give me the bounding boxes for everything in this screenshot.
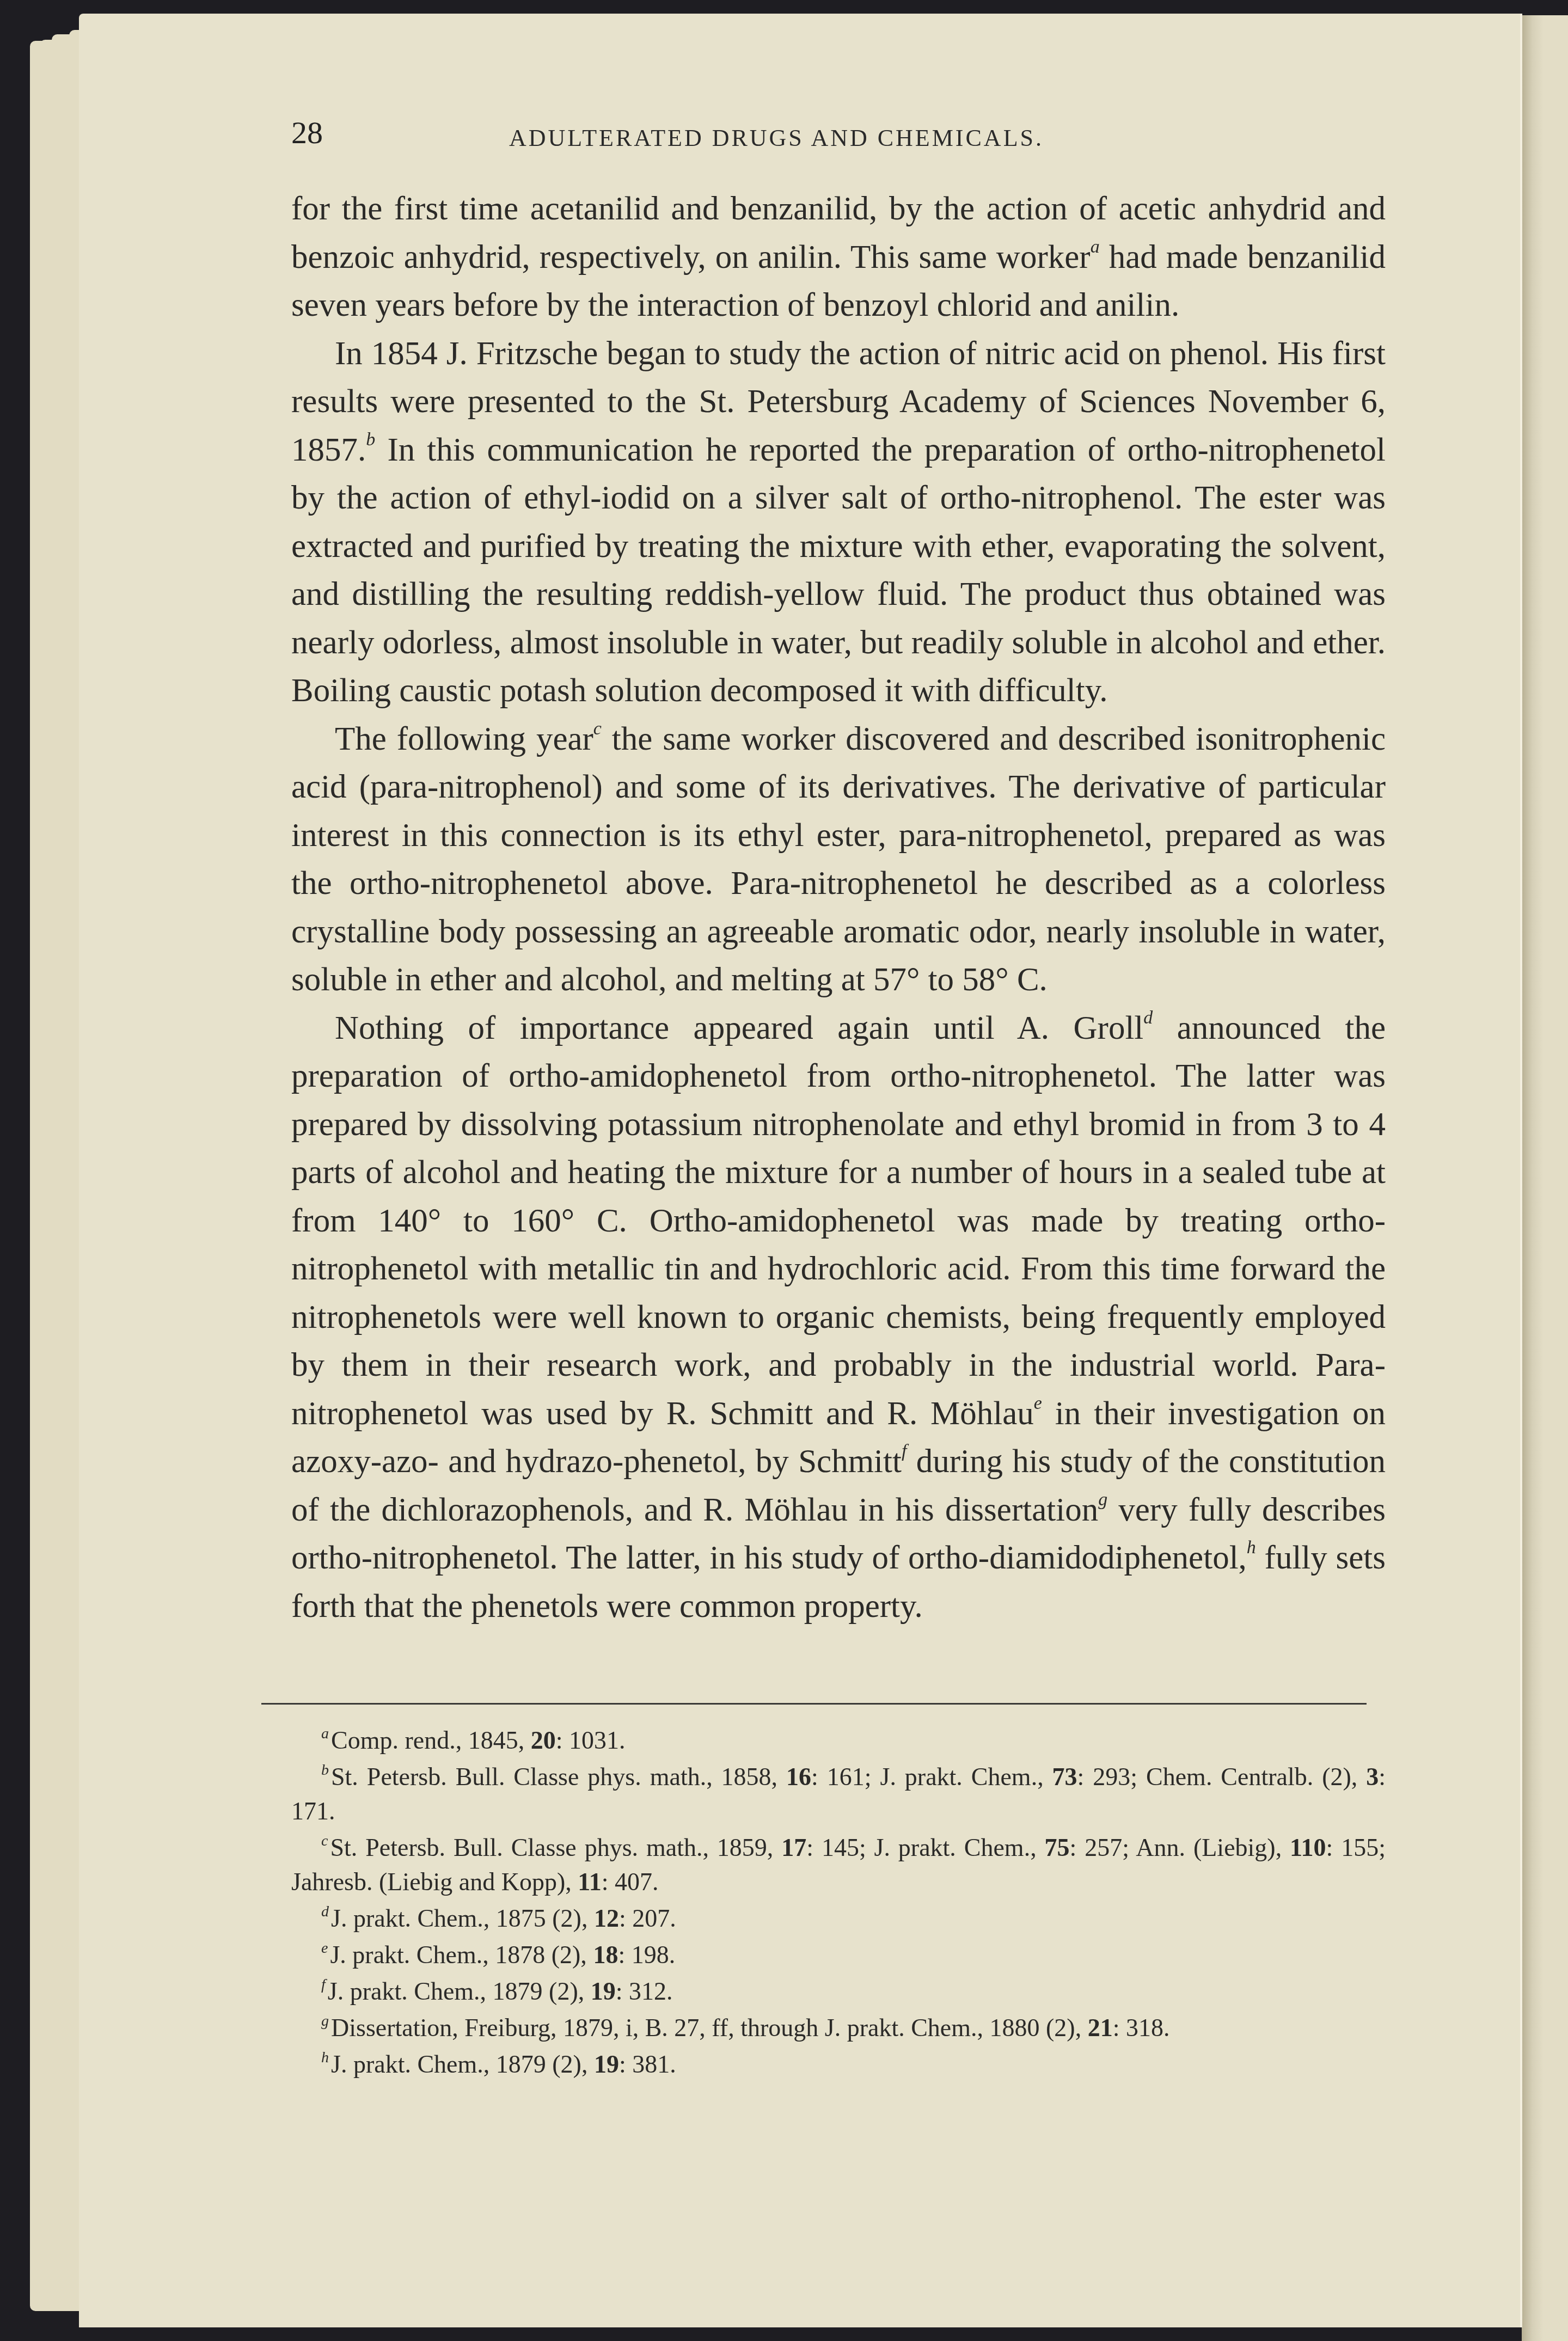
footnote-d: dJ. prakt. Chem., 1875 (2), 12: 207.: [291, 1901, 1386, 1935]
footnote-g: gDissertation, Freiburg, 1879, i, B. 27,…: [291, 2011, 1386, 2045]
footnote-b: bSt. Petersb. Bull. Classe phys. math., …: [291, 1760, 1386, 1828]
text-run: : 318.: [1113, 2014, 1170, 2042]
footnote-reference[interactable]: e: [1034, 1393, 1042, 1413]
adjacent-page: [1522, 15, 1568, 2341]
volume-number: 12: [594, 1904, 619, 1932]
volume-number: 11: [578, 1868, 601, 1896]
volume-number: 73: [1052, 1763, 1077, 1791]
text-run: : 407.: [602, 1868, 659, 1896]
text-run: : 381.: [619, 2050, 676, 2078]
text-run: : 161; J. prakt. Chem.,: [811, 1763, 1052, 1791]
body-text: for the first time acetanilid and benzan…: [291, 185, 1386, 1631]
text-run: : 198.: [618, 1941, 675, 1969]
text-run: J. prakt. Chem., 1878 (2),: [330, 1941, 593, 1969]
footnote-reference[interactable]: f: [902, 1441, 906, 1461]
paragraph: Nothing of importance appeared again unt…: [291, 1004, 1386, 1631]
text-run: : 257; Ann. (Liebig),: [1070, 1834, 1290, 1861]
volume-number: 75: [1045, 1834, 1070, 1861]
footnote-mark: h: [321, 2049, 329, 2066]
volume-number: 19: [591, 1977, 616, 2005]
volume-number: 19: [594, 2050, 619, 2078]
paragraph: In 1854 J. Fritzsche began to study the …: [291, 330, 1386, 715]
volume-number: 3: [1366, 1763, 1379, 1791]
text-run: J. prakt. Chem., 1875 (2),: [331, 1904, 594, 1932]
text-run: In this communication he reported the pr…: [291, 432, 1386, 709]
footnote-reference[interactable]: a: [1091, 237, 1100, 257]
text-run: J. prakt. Chem., 1879 (2),: [328, 1977, 591, 2005]
footnote-rule: [261, 1703, 1367, 1705]
footnote-mark: c: [321, 1833, 328, 1849]
text-run: announced the preparation of ortho-amido…: [291, 1010, 1386, 1432]
running-head: 28 ADULTERATED DRUGS AND CHEMICALS.: [291, 114, 1435, 163]
footnote-reference[interactable]: h: [1247, 1537, 1256, 1558]
book-page-stack: [30, 30, 84, 2311]
text-run: Nothing of importance appeared again unt…: [335, 1010, 1143, 1046]
text-run: : 145; J. prakt. Chem.,: [806, 1834, 1044, 1861]
text-run: the same worker discovered and described…: [291, 721, 1386, 998]
footnote-reference[interactable]: g: [1098, 1490, 1107, 1510]
text-run: : 312.: [616, 1977, 673, 2005]
footnote-mark: a: [321, 1725, 329, 1742]
footnote-mark: g: [321, 2013, 329, 2030]
volume-number: 17: [781, 1834, 806, 1861]
footnote-mark: e: [321, 1940, 328, 1957]
footnote-mark: b: [321, 1762, 329, 1779]
footnote-mark: d: [321, 1903, 329, 1920]
footnote-mark: f: [321, 1976, 326, 1993]
footnote-a: aComp. rend., 1845, 20: 1031.: [291, 1723, 1386, 1757]
volume-number: 18: [593, 1941, 618, 1969]
text-run: J. prakt. Chem., 1879 (2),: [331, 2050, 594, 2078]
volume-number: 110: [1290, 1834, 1326, 1861]
footnote-h: hJ. prakt. Chem., 1879 (2), 19: 381.: [291, 2047, 1386, 2081]
volume-number: 20: [531, 1726, 556, 1754]
text-run: : 293; Chem. Centralb. (2),: [1077, 1763, 1367, 1791]
text-run: St. Petersb. Bull. Classe phys. math., 1…: [330, 1834, 781, 1861]
text-run: The following year: [335, 721, 593, 757]
text-run: St. Petersb. Bull. Classe phys. math., 1…: [331, 1763, 786, 1791]
text-run: : 1031.: [556, 1726, 626, 1754]
text-run: Comp. rend., 1845,: [331, 1726, 531, 1754]
volume-number: 16: [786, 1763, 811, 1791]
footnote-f: fJ. prakt. Chem., 1879 (2), 19: 312.: [291, 1974, 1386, 2008]
footnote-c: cSt. Petersb. Bull. Classe phys. math., …: [291, 1830, 1386, 1899]
text-run: Dissertation, Freiburg, 1879, i, B. 27, …: [331, 2014, 1088, 2042]
footnote-reference[interactable]: c: [593, 719, 602, 739]
text-run: : 207.: [619, 1904, 676, 1932]
page-number: 28: [291, 114, 323, 151]
paragraph: The following yearc the same worker disc…: [291, 715, 1386, 1004]
paragraph: for the first time acetanilid and benzan…: [291, 185, 1386, 330]
footnote-e: eJ. prakt. Chem., 1878 (2), 18: 198.: [291, 1938, 1386, 1972]
footnote-reference[interactable]: b: [366, 430, 375, 450]
page-edge: [1520, 14, 1522, 2327]
footnotes: aComp. rend., 1845, 20: 1031.bSt. Peters…: [291, 1723, 1386, 2083]
volume-number: 21: [1088, 2014, 1113, 2042]
footnote-reference[interactable]: d: [1143, 1008, 1153, 1028]
running-head-title: ADULTERATED DRUGS AND CHEMICALS.: [509, 124, 1044, 152]
